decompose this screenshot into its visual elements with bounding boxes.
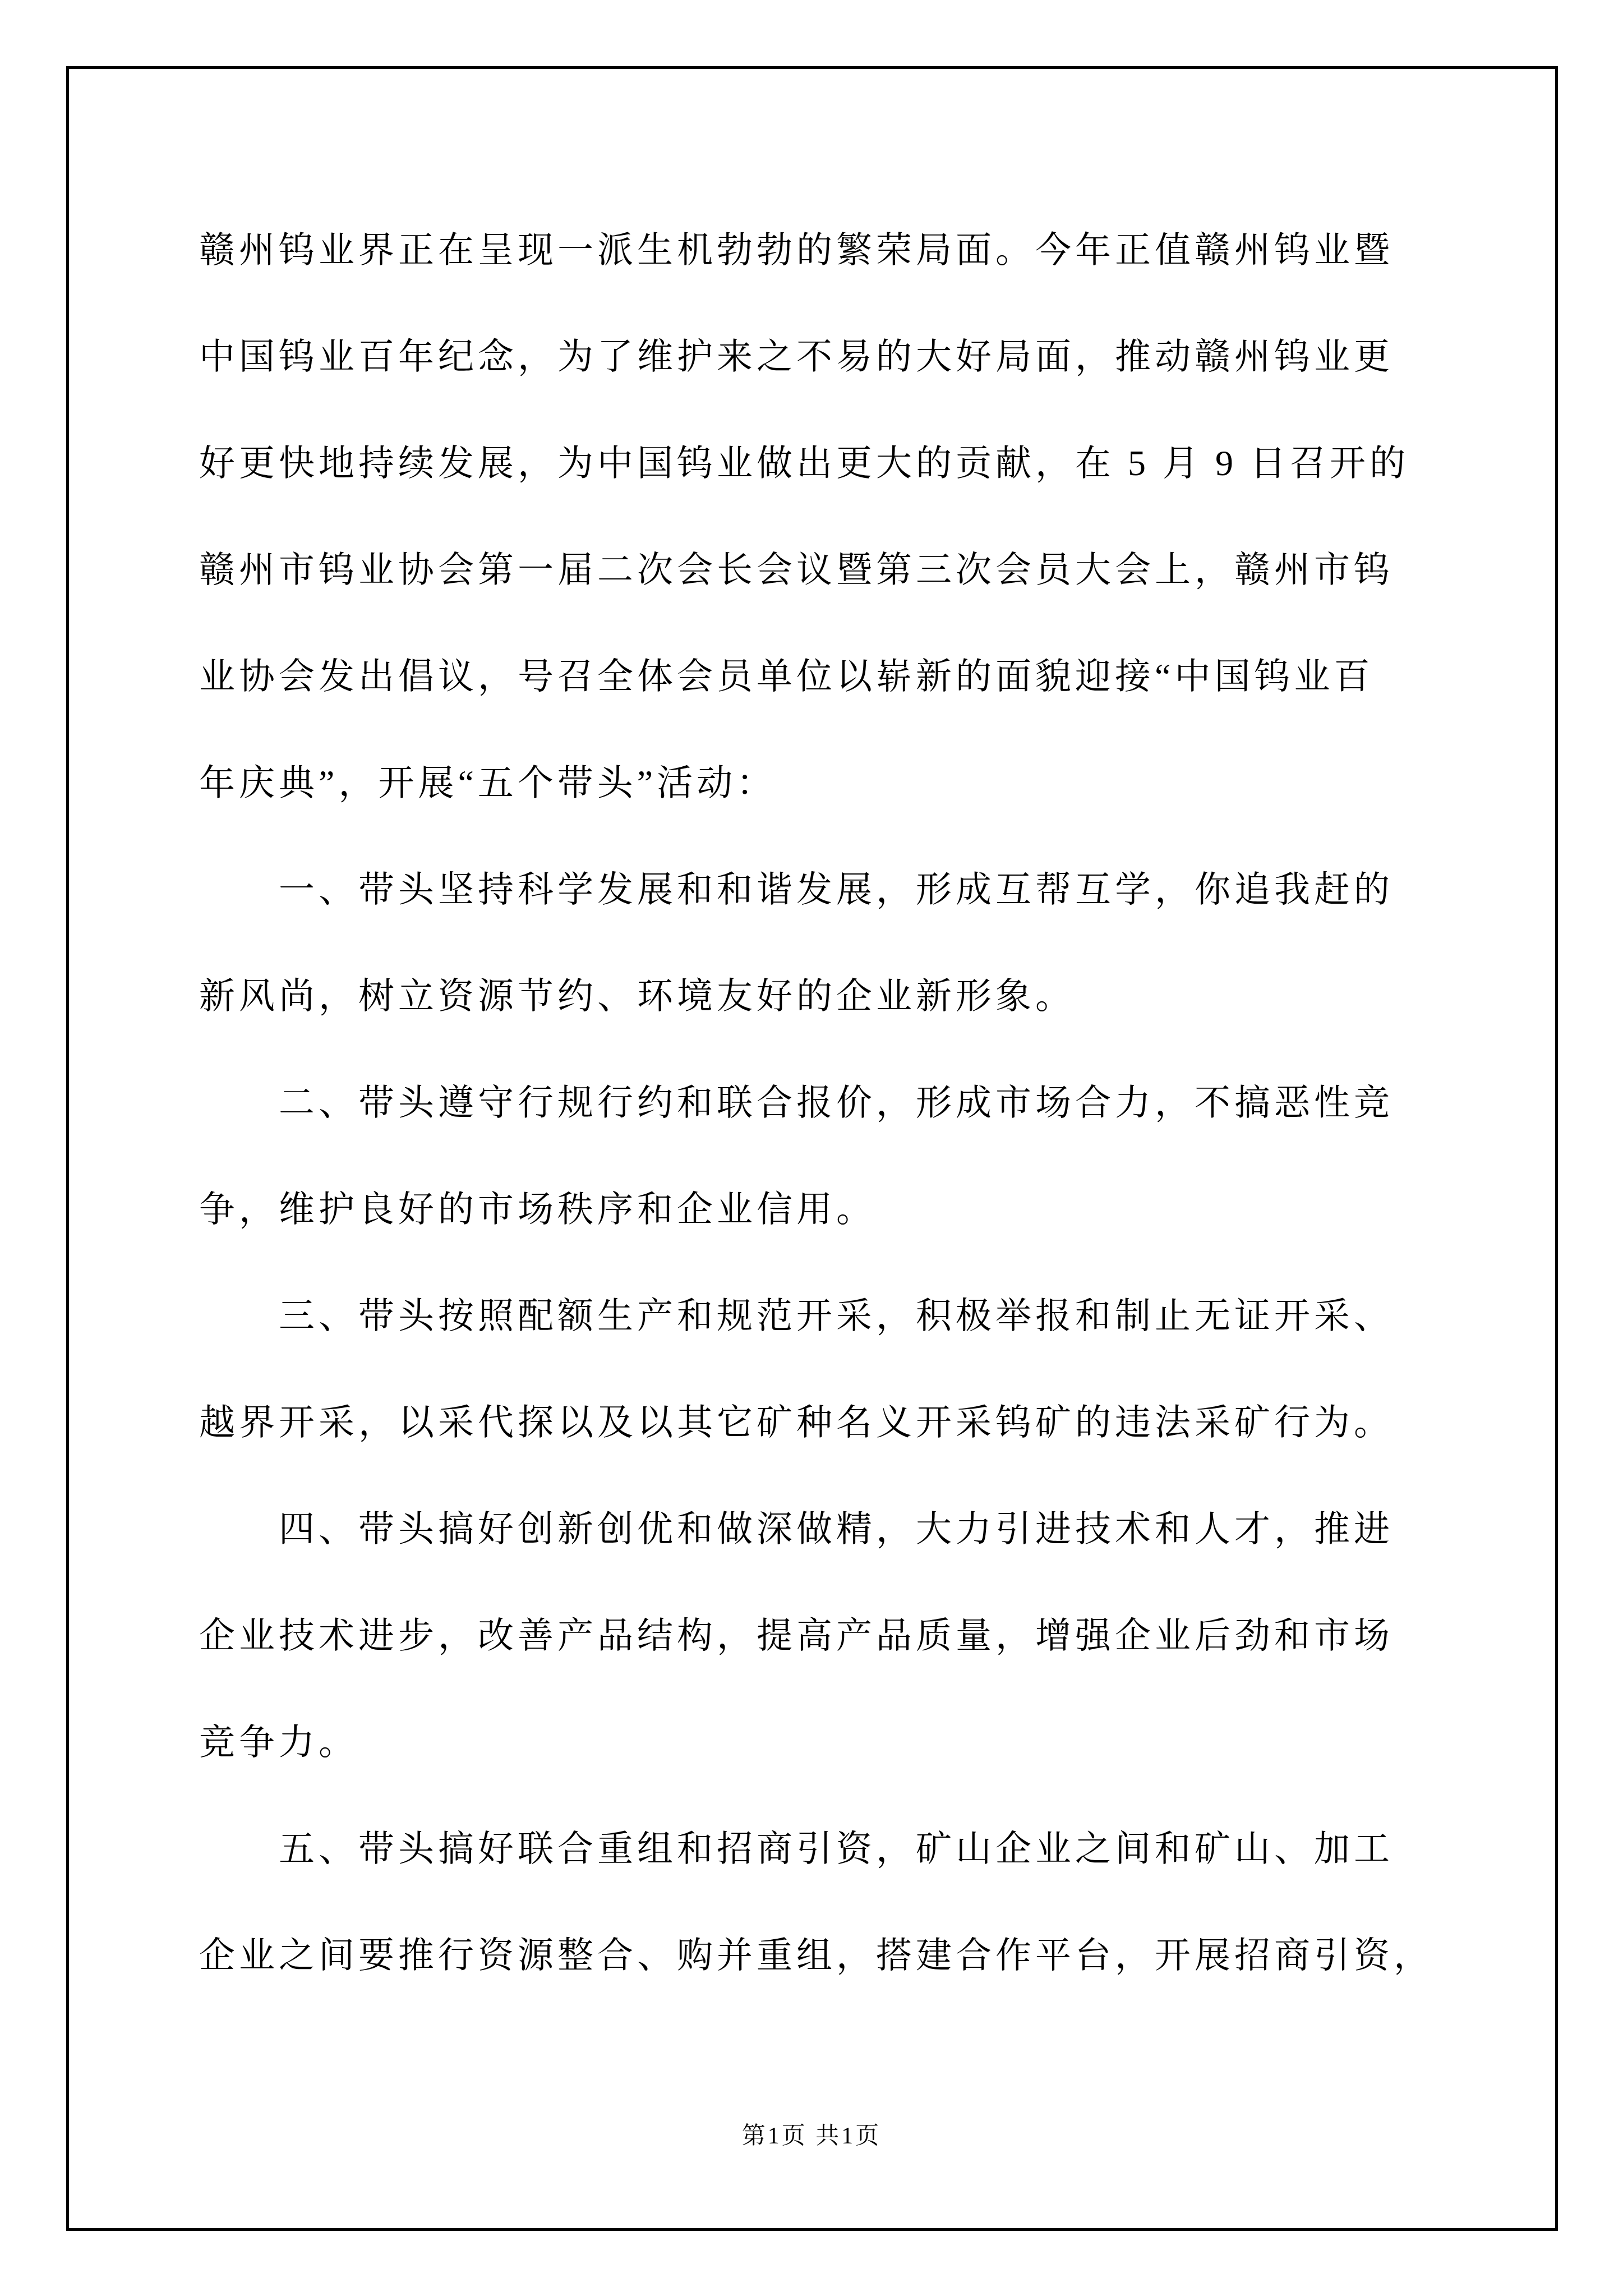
document-body: 赣州钨业界正在呈现一派生机勃勃的繁荣局面。今年正值赣州钨业暨中国钨业百年纪念，为… — [199, 197, 1483, 2009]
text-line: 争，维护良好的市场秩序和企业信用。 — [199, 1156, 1483, 1263]
text-line: 业协会发出倡议，号召全体会员单位以崭新的面貌迎接“中国钨业百 — [199, 623, 1483, 730]
text-line: 中国钨业百年纪念，为了维护来之不易的大好局面，推动赣州钨业更 — [199, 303, 1483, 410]
text-line: 企业技术进步，改善产品结构，提高产品质量，增强企业后劲和市场 — [199, 1582, 1483, 1689]
text-line: 好更快地持续发展，为中国钨业做出更大的贡献，在 5 月 9 日召开的 — [199, 410, 1483, 517]
text-line: 越界开采，以采代探以及以其它矿种名义开采钨矿的违法采矿行为。 — [199, 1369, 1483, 1476]
text-line: 一、带头坚持科学发展和和谐发展，形成互帮互学，你追我赶的 — [199, 836, 1483, 943]
text-line: 赣州市钨业协会第一届二次会长会议暨第三次会员大会上，赣州市钨 — [199, 517, 1483, 623]
text-line: 二、带头遵守行规行约和联合报价，形成市场合力，不搞恶性竞 — [199, 1050, 1483, 1156]
text-line: 年庆典”，开展“五个带头”活动： — [199, 730, 1483, 836]
page-footer: 第1页 共1页 — [0, 2124, 1623, 2148]
text-line: 三、带头按照配额生产和规范开采，积极举报和制止无证开采、 — [199, 1263, 1483, 1369]
text-line: 四、带头搞好创新创优和做深做精，大力引进技术和人才，推进 — [199, 1476, 1483, 1582]
text-line: 五、带头搞好联合重组和招商引资，矿山企业之间和矿山、加工 — [199, 1796, 1483, 1902]
text-line: 赣州钨业界正在呈现一派生机勃勃的繁荣局面。今年正值赣州钨业暨 — [199, 197, 1483, 303]
text-line: 新风尚，树立资源节约、环境友好的企业新形象。 — [199, 943, 1483, 1050]
document-page: 赣州钨业界正在呈现一派生机勃勃的繁荣局面。今年正值赣州钨业暨中国钨业百年纪念，为… — [0, 0, 1623, 2296]
text-line: 竞争力。 — [199, 1689, 1483, 1796]
text-line: 企业之间要推行资源整合、购并重组，搭建合作平台，开展招商引资， — [199, 1902, 1483, 2009]
